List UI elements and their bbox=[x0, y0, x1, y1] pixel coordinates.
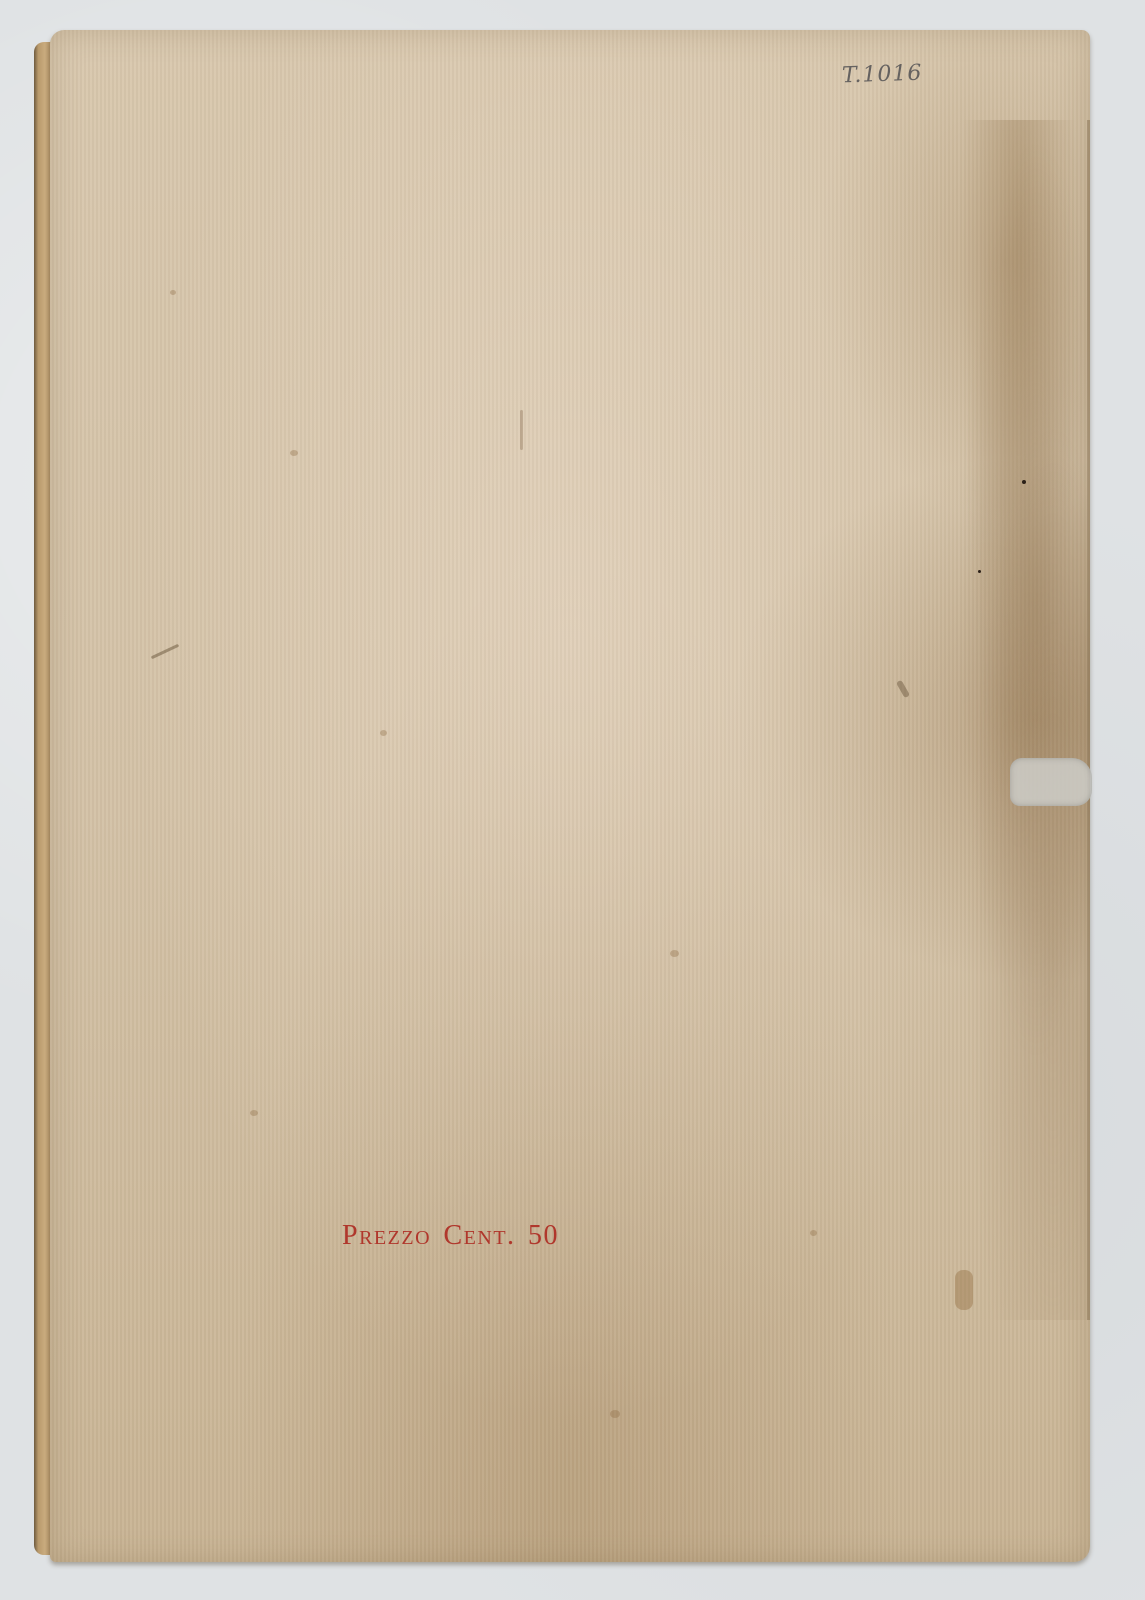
water-stain bbox=[917, 120, 1090, 1320]
paper-speckle bbox=[290, 450, 298, 456]
paper-speckle bbox=[610, 1410, 620, 1418]
paper-speckle bbox=[670, 950, 679, 957]
tape-patch bbox=[1010, 758, 1092, 806]
paper-scratch bbox=[896, 680, 910, 699]
paper-speckle bbox=[810, 1230, 817, 1236]
handwritten-pencil-note: T.1016 bbox=[842, 61, 923, 89]
paper-speckle bbox=[380, 730, 387, 736]
paper-scratch bbox=[151, 644, 179, 659]
paper-stain bbox=[955, 1270, 973, 1310]
paper-speckle bbox=[250, 1110, 258, 1116]
price-label: Prezzo Cent. 50 bbox=[342, 1220, 559, 1252]
ink-dot bbox=[1022, 480, 1026, 484]
paper-speckle bbox=[170, 290, 176, 295]
ink-dot bbox=[978, 570, 981, 573]
paper-crease bbox=[520, 410, 523, 450]
booklet-back-cover bbox=[50, 30, 1090, 1562]
